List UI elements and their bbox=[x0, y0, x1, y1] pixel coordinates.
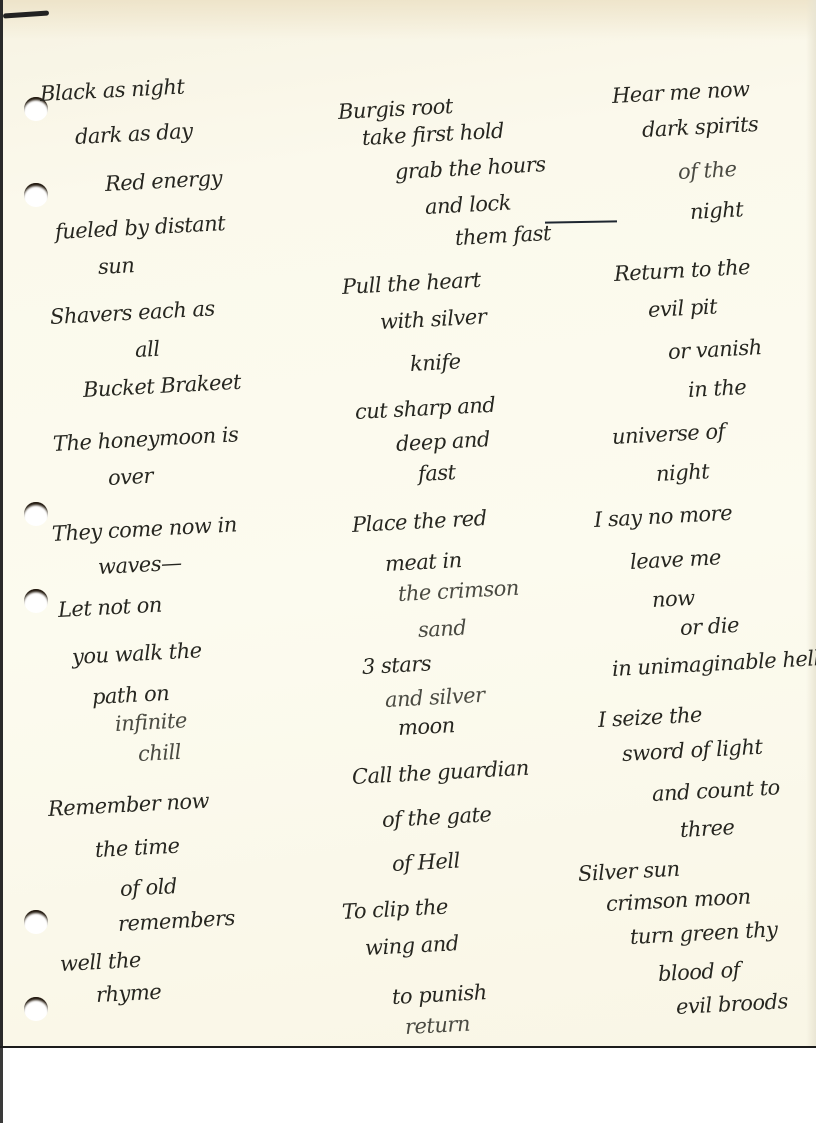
text-line: They come now in bbox=[51, 512, 237, 546]
text-line: grab the hours bbox=[394, 152, 546, 184]
text-line: waves— bbox=[97, 551, 182, 579]
text-line: sand bbox=[417, 615, 466, 641]
text-line: in the bbox=[687, 375, 746, 402]
text-line: Hear me now bbox=[611, 77, 750, 108]
text-line: night bbox=[655, 459, 709, 486]
text-line: crimson moon bbox=[605, 884, 751, 916]
text-line: sword of light bbox=[621, 735, 763, 766]
text-line: Call the guardian bbox=[351, 756, 529, 789]
binder-hole bbox=[24, 183, 48, 207]
text-line: or die bbox=[679, 613, 739, 640]
ink-stroke bbox=[545, 220, 617, 223]
text-line: Silver sun bbox=[577, 857, 680, 886]
text-line: meat in bbox=[384, 548, 462, 576]
text-line: cut sharp and bbox=[354, 393, 495, 424]
text-line: you walk the bbox=[71, 638, 202, 669]
text-line: them fast bbox=[454, 221, 551, 250]
text-line: take first hold bbox=[361, 119, 504, 150]
text-line: three bbox=[679, 815, 735, 842]
text-line: of the bbox=[677, 157, 737, 184]
text-line: and silver bbox=[384, 683, 485, 712]
text-line: remembers bbox=[117, 906, 235, 936]
text-line: fueled by distant bbox=[54, 211, 225, 244]
text-line: to punish bbox=[391, 980, 487, 1009]
text-line: leave me bbox=[629, 545, 721, 574]
text-line: and count to bbox=[651, 775, 780, 806]
text-line: I say no more bbox=[593, 501, 732, 532]
text-line: Place the red bbox=[351, 506, 487, 537]
text-line: Red energy bbox=[104, 166, 222, 196]
text-line: evil pit bbox=[647, 294, 717, 322]
scan-background bbox=[0, 1048, 816, 1123]
page-right-edge bbox=[806, 0, 816, 1046]
text-line: blood of bbox=[657, 958, 740, 986]
text-line: Let not on bbox=[57, 593, 162, 622]
text-line: or vanish bbox=[667, 335, 762, 364]
text-line: universe of bbox=[611, 419, 725, 449]
text-line: chill bbox=[137, 740, 181, 766]
text-line: all bbox=[134, 337, 160, 362]
text-line: dark as day bbox=[74, 119, 193, 149]
text-line: wing and bbox=[364, 931, 459, 960]
text-line: Burgis root bbox=[337, 94, 453, 124]
text-line: dark spirits bbox=[641, 112, 758, 142]
text-line: knife bbox=[409, 349, 461, 376]
text-line: The honeymoon is bbox=[52, 422, 239, 456]
text-line: I seize the bbox=[597, 703, 702, 732]
binder-hole bbox=[24, 997, 48, 1021]
text-line: now bbox=[651, 586, 695, 612]
text-line: turn green thy bbox=[629, 917, 778, 949]
pen-mark bbox=[3, 10, 49, 18]
binder-hole bbox=[24, 502, 48, 526]
text-line: Remember now bbox=[47, 789, 209, 821]
text-line: well the bbox=[59, 948, 141, 976]
binder-hole bbox=[24, 910, 48, 934]
text-line: rhyme bbox=[95, 980, 161, 1007]
text-line: of old bbox=[119, 874, 177, 901]
text-line: path on bbox=[91, 681, 169, 709]
text-line: Shavers each as bbox=[49, 296, 215, 329]
binder-hole bbox=[24, 589, 48, 613]
text-line: Pull the heart bbox=[341, 268, 481, 299]
text-line: moon bbox=[397, 713, 455, 740]
notebook-page: Black as night dark as day Red energy fu… bbox=[0, 0, 816, 1048]
text-line: To clip the bbox=[341, 894, 448, 924]
scan-edge bbox=[0, 1048, 3, 1123]
text-line: night bbox=[689, 197, 743, 224]
text-line: infinite bbox=[114, 708, 187, 736]
text-line: in unimaginable hell— bbox=[611, 645, 816, 681]
text-line: sun bbox=[97, 253, 135, 279]
text-line: and lock bbox=[424, 191, 511, 219]
text-line: Return to the bbox=[613, 255, 750, 286]
text-line: fast bbox=[417, 460, 456, 486]
text-line: the crimson bbox=[397, 576, 519, 606]
text-line: 3 stars bbox=[361, 651, 431, 679]
text-line: with silver bbox=[379, 304, 486, 334]
text-line: over bbox=[107, 464, 153, 490]
text-line: Black as night bbox=[39, 74, 185, 106]
text-line: the time bbox=[94, 834, 180, 862]
text-line: of Hell bbox=[391, 848, 460, 876]
text-line: Bucket Brakeet bbox=[82, 370, 241, 402]
text-line: of the gate bbox=[381, 802, 492, 832]
text-line: deep and bbox=[395, 427, 490, 456]
text-line: return bbox=[404, 1012, 470, 1039]
text-line: evil broods bbox=[675, 989, 788, 1019]
